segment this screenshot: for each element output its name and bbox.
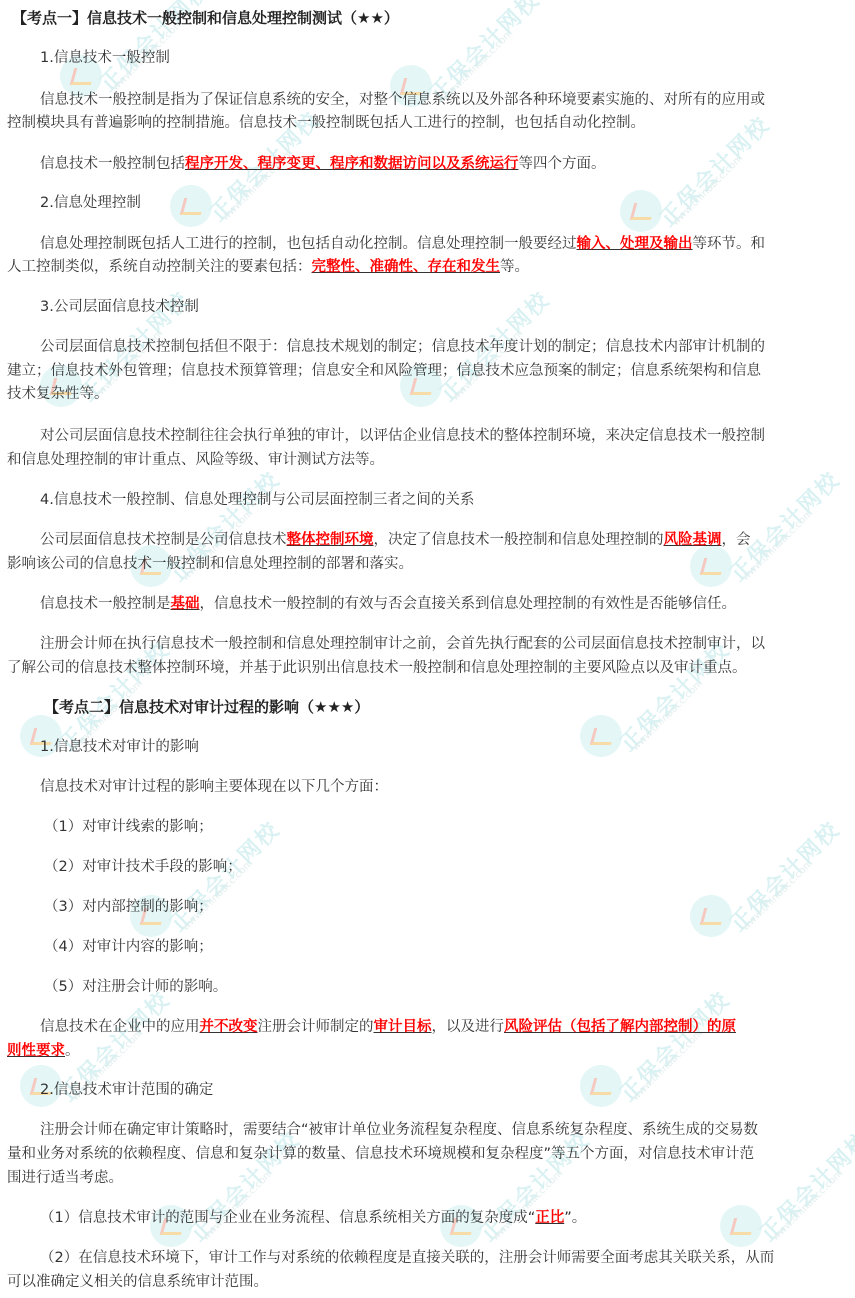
paragraph-line: 信息技术一般控制是指为了保证信息系统的安全，对整个信息系统以及外部各种环境要素实… [40, 90, 765, 110]
highlight-text: 输入、处理及输出 [577, 236, 693, 252]
subheading: 1.信息技术对审计的影响 [40, 737, 199, 757]
subheading: 1.信息技术一般控制 [40, 48, 170, 68]
paragraph: （1）信息技术审计的范围与企业在业务流程、信息系统相关方面的复杂度成“正比”。 [40, 1208, 586, 1228]
highlight-text: 则性要求 [7, 1043, 65, 1059]
highlight-text: 正比 [535, 1210, 564, 1226]
paragraph-line: 技术复杂性等。 [7, 384, 109, 404]
watermark-logo-icon [720, 1205, 762, 1247]
paragraph-line: 注册会计师在执行信息技术一般控制和信息处理控制审计之前，会首先执行配套的公司层面… [40, 634, 765, 654]
highlight-text: 完整性、准确性、存在和发生 [312, 259, 501, 275]
highlight-text: 并不改变 [200, 1019, 258, 1035]
watermark-logo-icon [690, 895, 732, 937]
paragraph-line: 影响该公司的信息技术一般控制和信息处理控制的部署和落实。 [7, 554, 413, 574]
subheading: 3.公司层面信息技术控制 [40, 297, 199, 317]
list-item: （3）对内部控制的影响； [44, 897, 213, 917]
subheading: 2.信息处理控制 [40, 193, 141, 213]
watermark-logo-icon [620, 190, 662, 232]
highlight-text: 程序开发、程序变更、程序和数据访问以及系统运行 [185, 156, 519, 172]
paragraph-line: 量和业务对系统的依赖程度、信息和复杂计算的数量、信息技术环境规模和复杂程度”等五… [7, 1144, 754, 1164]
paragraph-line: 控制模块具有普遍影响的控制措施。信息技术一般控制既包括人工进行的控制，也包括自动… [7, 113, 645, 133]
section-title-1: 【考点一】信息技术一般控制和信息处理控制测试（★★） [12, 8, 399, 28]
list-item: （1）对审计线索的影响； [44, 817, 213, 837]
paragraph-line: 建立；信息技术外包管理；信息技术预算管理；信息安全和风险管理；信息技术应急预案的… [7, 361, 761, 381]
paragraph-line: 可以准确定义相关的信息系统审计范围。 [7, 1272, 268, 1292]
section-title-2: 【考点二】信息技术对审计过程的影响（★★★） [44, 697, 369, 717]
paragraph-line: 公司层面信息技术控制是公司信息技术整体控制环境，决定了信息技术一般控制和信息处理… [40, 530, 751, 550]
watermark-logo-icon [580, 715, 622, 757]
watermark-logo-icon [690, 545, 732, 587]
highlight-text: 整体控制环境 [287, 532, 374, 548]
paragraph: 信息技术一般控制是基础，信息技术一般控制的有效与否会直接关系到信息处理控制的有效… [40, 594, 736, 614]
highlight-text: 风险基调 [664, 532, 722, 548]
list-item: （5）对注册会计师的影响。 [44, 977, 227, 997]
paragraph-line: 注册会计师在确定审计策略时，需要结合“被审计单位业务流程复杂程度、信息系统复杂程… [40, 1120, 758, 1140]
paragraph: 信息技术一般控制包括程序开发、程序变更、程序和数据访问以及系统运行等四个方面。 [40, 154, 606, 174]
paragraph: 信息技术对审计过程的影响主要体现在以下几个方面： [40, 777, 388, 797]
paragraph-line: 围进行适当考虑。 [7, 1168, 123, 1188]
watermark-logo: 正保会计网校www.chinaacc.com [580, 990, 730, 1140]
paragraph-line: 信息技术在企业中的应用并不改变注册会计师制定的审计目标，以及进行风险评估（包括了… [40, 1017, 736, 1037]
paragraph-line: 人工控制类似，系统自动控制关注的要素包括：完整性、准确性、存在和发生等。 [7, 257, 529, 277]
watermark-logo-icon [170, 185, 212, 227]
list-item: （4）对审计内容的影响； [44, 937, 213, 957]
paragraph-line: 和信息处理控制的审计重点、风险等级、审计测试方法等。 [7, 450, 384, 470]
watermark-logo: 正保会计网校www.chinaacc.com [690, 820, 840, 970]
paragraph-line: （2）在信息技术环境下，审计工作与对系统的依赖程度是直接关联的，注册会计师需要全… [40, 1248, 774, 1268]
paragraph-line: 信息处理控制既包括人工进行的控制，也包括自动化控制。信息处理控制一般要经过输入、… [40, 234, 765, 254]
watermark-logo-icon [580, 1065, 622, 1107]
paragraph-line: 了解公司的信息技术整体控制环境，并基于此识别出信息技术一般控制和信息处理控制的主… [7, 658, 747, 678]
subheading: 2.信息技术审计范围的确定 [40, 1080, 213, 1100]
paragraph-line: 对公司层面信息技术控制往往会执行单独的审计，以评估企业信息技术的整体控制环境，来… [40, 426, 765, 446]
paragraph-line: 公司层面信息技术控制包括但不限于：信息技术规划的制定；信息技术年度计划的制定；信… [40, 337, 765, 357]
highlight-text: 风险评估（包括了解内部控制）的原 [504, 1019, 736, 1035]
subheading: 4.信息技术一般控制、信息处理控制与公司层面控制三者之间的关系 [40, 490, 474, 510]
highlight-text: 基础 [171, 596, 200, 612]
list-item: （2）对审计技术手段的影响； [44, 857, 242, 877]
highlight-text: 审计目标 [374, 1019, 432, 1035]
watermark-logo: 正保会计网校www.chinaacc.com [20, 990, 170, 1140]
paragraph-line: 则性要求。 [7, 1041, 80, 1061]
